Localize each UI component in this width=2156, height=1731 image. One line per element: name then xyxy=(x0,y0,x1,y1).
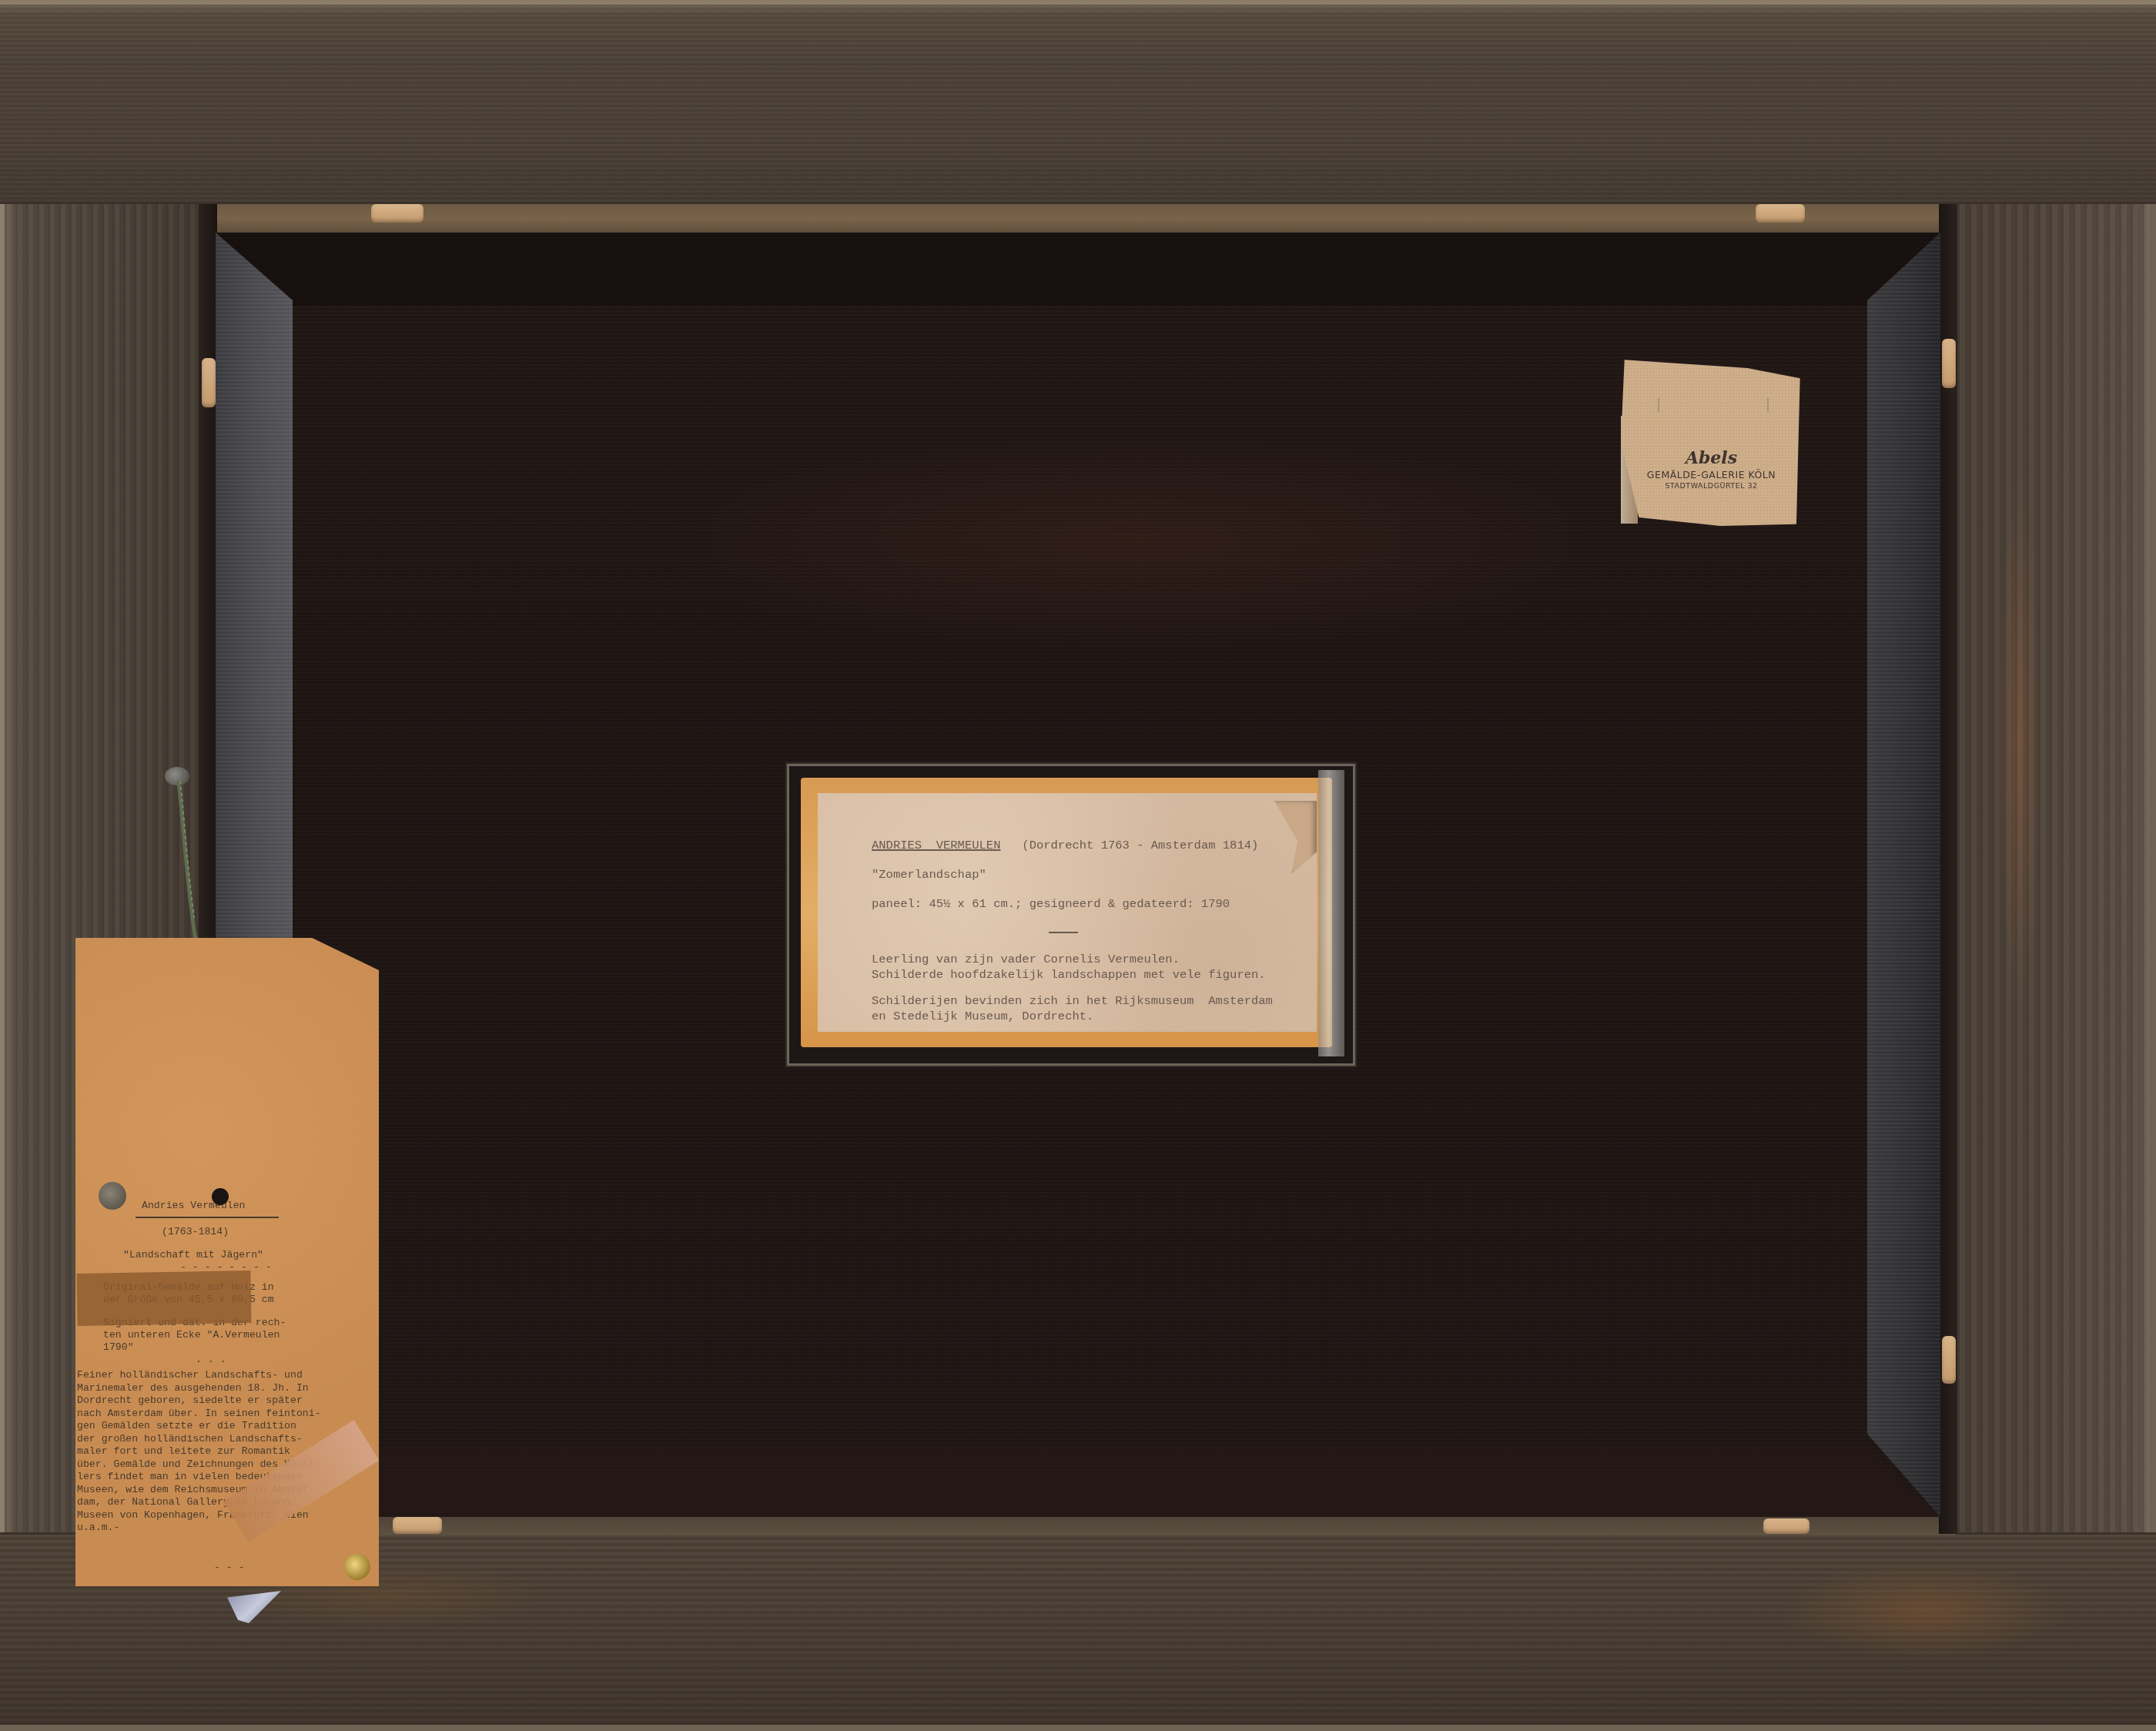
panel-bevel-right xyxy=(1867,233,1940,1517)
cork-spacer-left xyxy=(202,358,216,407)
abels-gallery-name: GEMÄLDE-GALERIE KÖLN xyxy=(1621,469,1802,481)
tag-string-hole xyxy=(212,1188,229,1205)
abels-brand: Abels xyxy=(1621,449,1802,467)
tag-tape-strip xyxy=(76,1271,251,1326)
tag-title: "Landschaft mit Jägern" xyxy=(123,1249,263,1262)
green-string-icon xyxy=(174,779,202,941)
label-museum-line: en Stedelijk Museum, Dordrecht. xyxy=(872,1009,1317,1024)
faded-stamp xyxy=(1658,398,1769,412)
tag-signed-line: ten unteren Ecke "A.Vermeulen xyxy=(103,1329,280,1342)
tag-bio-line: maler fort und leitete zur Romantik xyxy=(77,1445,321,1458)
tag-artist-name: Andries Vermeulen xyxy=(142,1200,246,1213)
cork-spacer-top-left xyxy=(371,204,423,223)
tag-bio-line: Dordrecht geboren, siedelte er später xyxy=(77,1395,321,1408)
label-details: paneel: 45½ x 61 cm.; gesigneerd & gedat… xyxy=(872,896,1317,912)
panel-bevel-bottom xyxy=(216,1446,1940,1517)
tag-bio-line: gen Gemälden setzte er die Tradition xyxy=(77,1420,321,1433)
brass-brad-icon xyxy=(344,1554,370,1580)
slip-strip-top xyxy=(202,204,1956,233)
label-divider xyxy=(1049,932,1078,933)
abels-address: STADTWALDGÜRTEL 32 xyxy=(1621,481,1802,492)
cork-spacer-bottom-right xyxy=(1763,1518,1809,1534)
label-museum-line: Schilderijen bevinden zich in het Rijksm… xyxy=(872,993,1317,1009)
frame-right-stile xyxy=(1956,204,2156,1534)
cork-spacer-bottom-left xyxy=(393,1517,442,1534)
label-foil-edge xyxy=(1318,770,1344,1056)
cork-spacer-right-lower xyxy=(1942,1336,1956,1384)
cork-spacer-top-right xyxy=(1756,204,1805,223)
slip-strip-bottom xyxy=(202,1515,1956,1535)
frame-top-rail xyxy=(0,0,2156,204)
tag-bio-line: u.a.m.- xyxy=(77,1522,321,1535)
label-artist: ANDRIES VERMEULEN xyxy=(872,839,1000,852)
tag-bio-line: Feiner holländischer Landschafts- und xyxy=(77,1369,321,1382)
abels-gallery-label: Abels GEMÄLDE-GALERIE KÖLN STADTWALDGÜRT… xyxy=(1621,358,1802,526)
slip-strip-right xyxy=(1939,204,1957,1534)
tag-bio-line: der großen holländischen Landschafts- xyxy=(77,1433,321,1446)
tag-bio-line: Marinemaler des ausgehenden 18. Jh. In xyxy=(77,1382,321,1395)
tag-dash-row-bottom: - - - xyxy=(214,1562,245,1575)
center-provenance-label: ANDRIES VERMEULEN (Dordrecht 1763 - Amst… xyxy=(818,793,1317,1032)
tag-eyelet-icon xyxy=(99,1182,126,1210)
tag-name-underline xyxy=(136,1217,279,1218)
panel-bevel-top xyxy=(216,233,1940,306)
tag-dates: (1763-1814) xyxy=(162,1226,229,1239)
label-title: "Zomerlandschap" xyxy=(872,867,1317,882)
tag-signed-line: 1790" xyxy=(103,1341,134,1354)
cork-spacer-right-upper xyxy=(1942,339,1956,388)
label-bio-line: Leerling van zijn vader Cornelis Vermeul… xyxy=(872,952,1317,967)
tag-dots: . . . xyxy=(196,1354,226,1367)
tag-bio-line: nach Amsterdam über. In seinen feintoni- xyxy=(77,1408,321,1421)
label-bio-line: Schilderde hoofdzakelijk landschappen me… xyxy=(872,967,1317,983)
label-life: (Dordrecht 1763 - Amsterdam 1814) xyxy=(1022,839,1258,852)
